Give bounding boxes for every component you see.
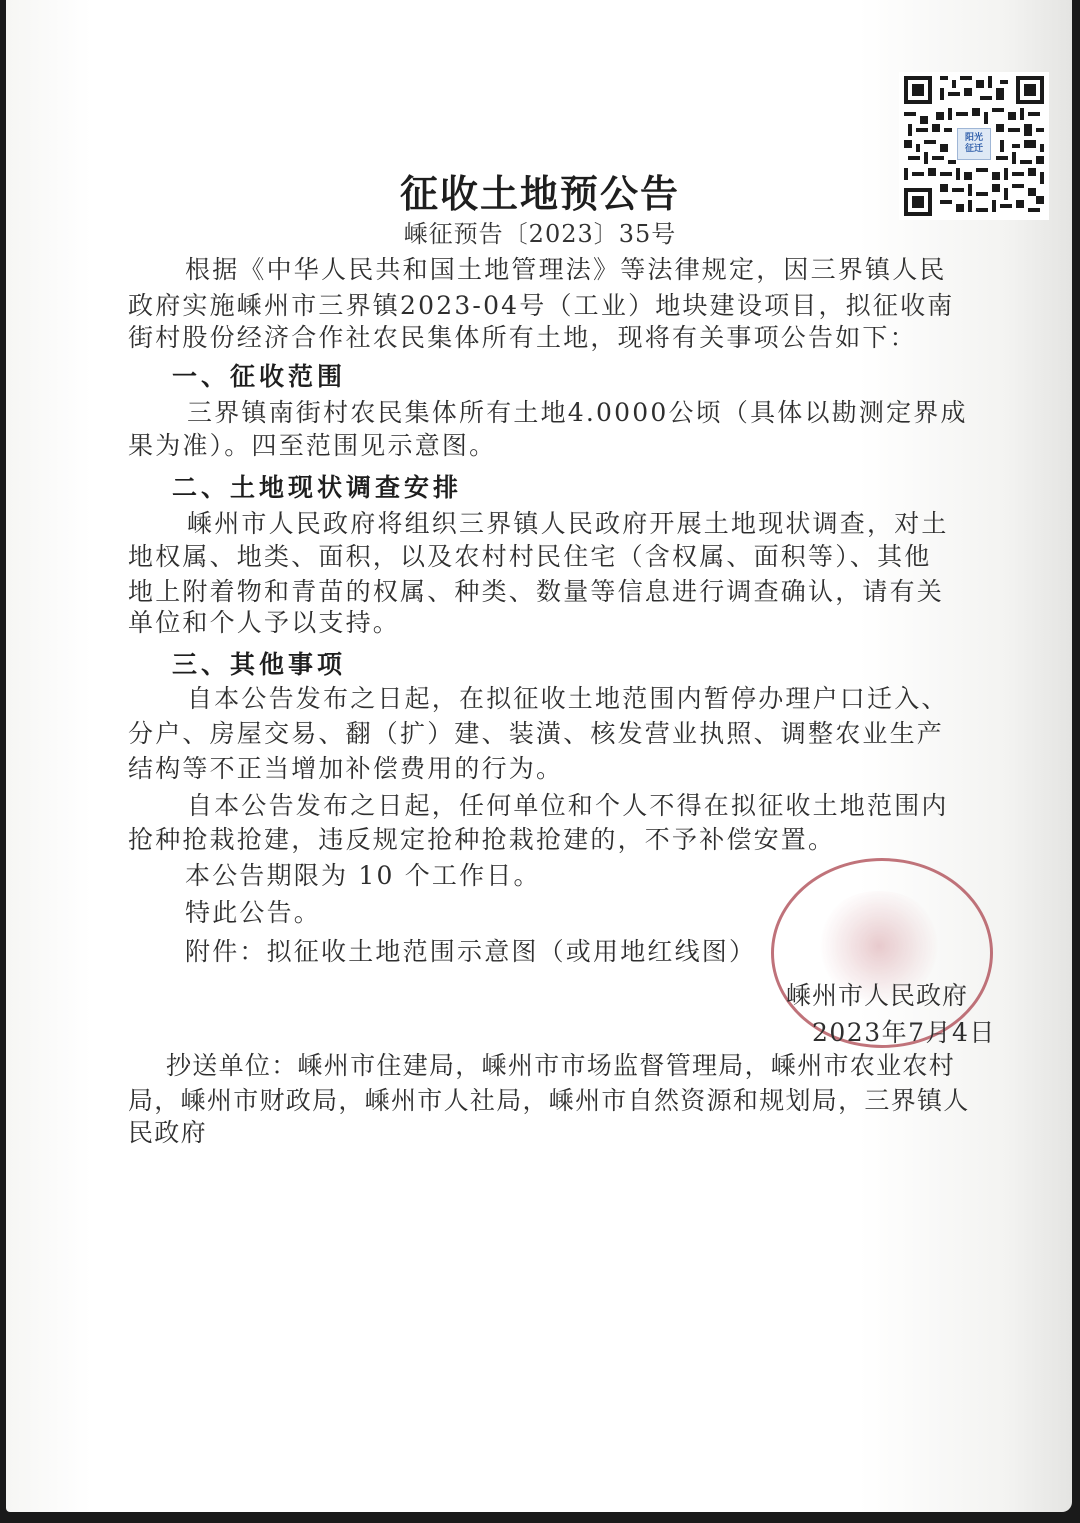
signing-date: 2023年7月4日	[812, 1013, 996, 1049]
section-3-para-2-line-1: 自本公告发布之日起，任何单位和个人不得在拟征收土地范围内	[187, 790, 949, 822]
qr-badge-line2: 征迁	[965, 144, 983, 155]
section-2-line-4: 单位和个人予以支持。	[128, 607, 400, 639]
intro-line-3: 街村股份经济合作社农民集体所有土地，现将有关事项公告如下：	[128, 322, 917, 354]
document-number: 嵊征预告〔2023〕35号	[0, 214, 1080, 249]
cc-line-1: 抄送单位：嵊州市住建局，嵊州市市场监督管理局，嵊州市农业农村	[166, 1050, 955, 1082]
signing-organization: 嵊州市人民政府	[786, 976, 968, 1012]
section-1-line-2: 果为准）。四至范围见示意图。	[128, 430, 496, 462]
closing-line: 特此公告。	[185, 897, 321, 929]
attachment-line[interactable]: 附件：拟征收土地范围示意图（或用地红线图）	[185, 936, 756, 968]
section-2-line-1: 嵊州市人民政府将组织三界镇人民政府开展土地现状调查，对土	[187, 508, 949, 540]
section-heading-3: 三、其他事项	[172, 645, 346, 681]
section-3-para-1-line-1: 自本公告发布之日起，在拟征收土地范围内暂停办理户口迁入、	[187, 683, 949, 715]
section-3-para-1-line-2: 分户、房屋交易、翻（扩）建、装潢、核发营业执照、调整农业生产	[128, 718, 944, 750]
intro-line-2: 政府实施嵊州市三界镇2023-04号（工业）地块建设项目，拟征收南	[128, 290, 954, 322]
qr-badge-line1: 阳光	[965, 133, 983, 144]
document-title: 征收土地预公告	[0, 163, 1080, 218]
section-2-line-3: 地上附着物和青苗的权属、种类、数量等信息进行调查确认，请有关	[128, 576, 944, 608]
cc-line-2: 局，嵊州市财政局，嵊州市人社局，嵊州市自然资源和规划局，三界镇人	[128, 1085, 970, 1117]
document-page: 阳光 征迁 征收土地预公告 嵊征预告〔2023〕35号 根据《中华人民共和国土地…	[6, 0, 1072, 1512]
section-2-line-2: 地权属、地类、面积，以及农村村民住宅（含权属、面积等）、其他	[128, 541, 932, 573]
intro-line-1: 根据《中华人民共和国土地管理法》等法律规定，因三界镇人民	[185, 254, 947, 286]
section-1-line-1: 三界镇南街村农民集体所有土地4.0000公顷（具体以勘测定界成	[187, 397, 968, 429]
section-3-para-1-line-3: 结构等不正当增加补偿费用的行为。	[128, 753, 563, 785]
section-heading-2: 二、土地现状调查安排	[172, 468, 462, 504]
section-3-para-2-line-2: 抢种抢栽抢建，违反规定抢种抢栽抢建的，不予补偿安置。	[128, 824, 835, 856]
section-heading-1: 一、征收范围	[172, 357, 346, 393]
cc-line-3: 民政府	[128, 1117, 207, 1149]
qr-badge-logo: 阳光 征迁	[957, 128, 991, 160]
period-line: 本公告期限为 10 个工作日。	[185, 860, 541, 892]
